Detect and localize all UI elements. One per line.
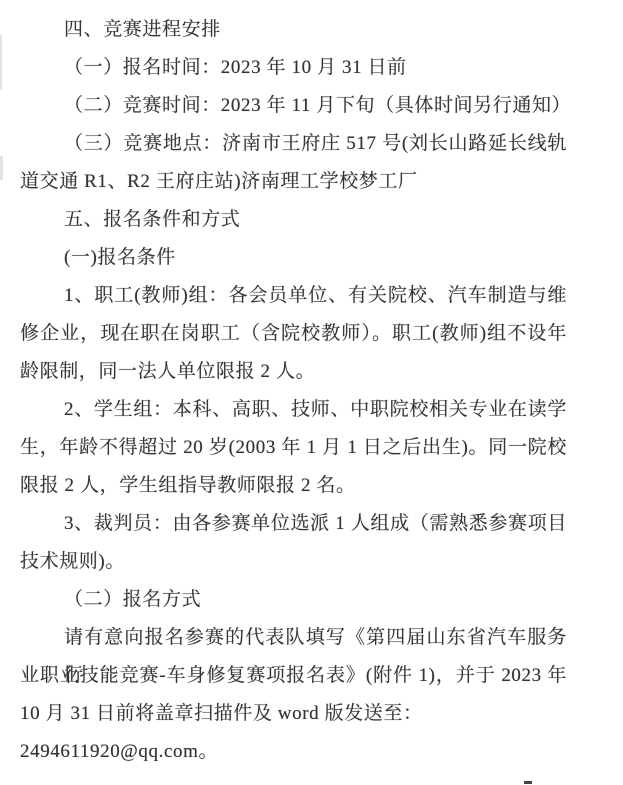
document-line: (一)报名条件 [20,239,567,277]
document-line: 10 月 31 日前将盖章扫描件及 word 版发送至： [20,695,567,733]
document-line: 道交通 R1、R2 王府庄站)济南理工学校梦工厂 [20,163,567,201]
document-line: 五、报名条件和方式 [20,201,567,239]
document-line: 修企业，现在职在岗职工（含院校教师）。职工(教师)组不设年 [20,315,567,353]
document-line: 生，年龄不得超过 20 岁(2003 年 1 月 1 日之后出生)。同一院校 [20,429,567,467]
document-line: 业职业技能竞赛-车身修复赛项报名表》(附件 1)，并于 2023 年 [20,657,567,695]
document-line: 1、职工(教师)组：各会员单位、有关院校、汽车制造与维 [20,277,567,315]
document-line: 3、裁判员：由各参赛单位选派 1 人组成（需熟悉参赛项目 [20,505,567,543]
cutoff-page-number-fragment [524,781,532,784]
document-line: 2、学生组：本科、高职、技师、中职院校相关专业在读学 [20,391,567,429]
document-line: 限报 2 人，学生组指导教师限报 2 名。 [20,467,567,505]
document-line: （三）竞赛地点：济南市王府庄 517 号(刘长山路延长线轨 [20,125,567,163]
scan-artifact [0,156,3,180]
document-text-block: 四、竞赛进程安排（一）报名时间：2023 年 10 月 31 日前（二）竞赛时间… [20,11,567,771]
document-page: 四、竞赛进程安排（一）报名时间：2023 年 10 月 31 日前（二）竞赛时间… [0,0,623,785]
scan-artifact [0,35,2,90]
document-line: 2494611920@qq.com。 [20,733,567,771]
document-line: 技术规则)。 [20,543,567,581]
document-line: （二）报名方式 [20,581,567,619]
document-line: （二）竞赛时间：2023 年 11 月下旬（具体时间另行通知） [20,87,567,125]
document-line: （一）报名时间：2023 年 10 月 31 日前 [20,49,567,87]
document-line: 请有意向报名参赛的代表队填写《第四届山东省汽车服务行 [20,619,567,657]
document-line: 龄限制，同一法人单位限报 2 人。 [20,353,567,391]
document-line: 四、竞赛进程安排 [20,11,567,49]
